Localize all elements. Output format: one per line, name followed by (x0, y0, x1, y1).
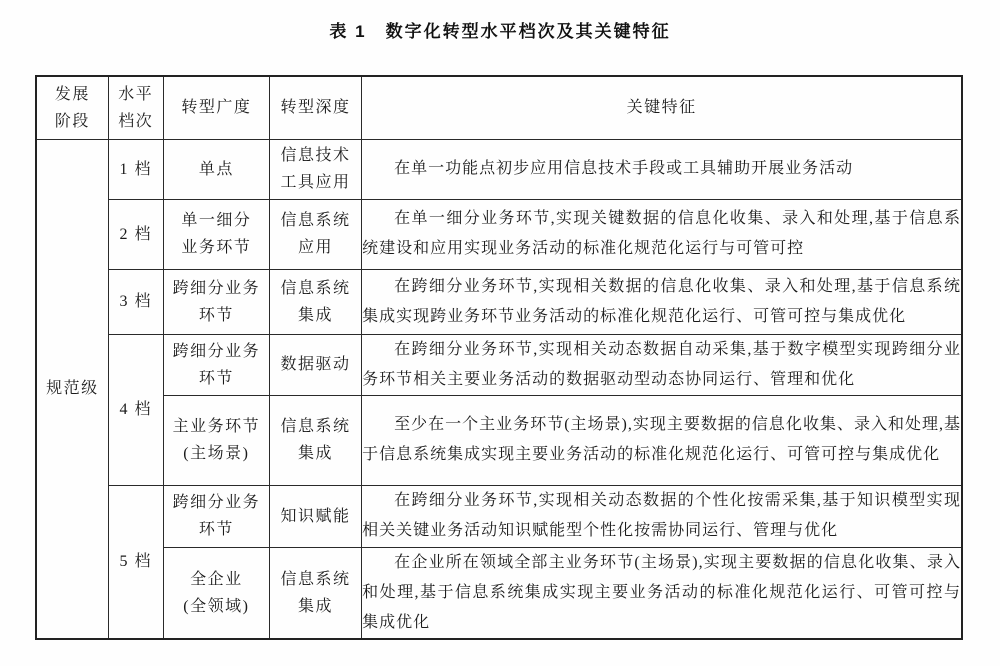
transformation-level-table: 发展 阶段 水平 档次 转型广度 转型深度 关键特征 规范级 1 档 单点 信息… (35, 75, 963, 640)
feature-cell: 在单一细分业务环节,实现关键数据的信息化收集、录入和处理,基于信息系统建设和应用… (362, 199, 962, 269)
depth-cell: 信息系统 集成 (269, 269, 361, 334)
table-row: 3 档 跨细分业务 环节 信息系统 集成 在跨细分业务环节,实现相关数据的信息化… (36, 269, 962, 334)
table-row: 2 档 单一细分 业务环节 信息系统 应用 在单一细分业务环节,实现关键数据的信… (36, 199, 962, 269)
tier-cell: 5 档 (108, 485, 163, 639)
breadth-cell: 单一细分 业务环节 (163, 199, 269, 269)
breadth-cell: 全企业 (全领域) (163, 547, 269, 639)
header-tier: 水平 档次 (108, 76, 163, 139)
table-row: 规范级 1 档 单点 信息技术 工具应用 在单一功能点初步应用信息技术手段或工具… (36, 139, 962, 199)
table-row: 4 档 跨细分业务 环节 数据驱动 在跨细分业务环节,实现相关动态数据自动采集,… (36, 334, 962, 395)
tier-cell: 2 档 (108, 199, 163, 269)
table-title: 表 1 数字化转型水平档次及其关键特征 (0, 17, 1000, 42)
table-row: 5 档 跨细分业务 环节 知识赋能 在跨细分业务环节,实现相关动态数据的个性化按… (36, 485, 962, 547)
feature-cell: 在跨细分业务环节,实现相关数据的信息化收集、录入和处理,基于信息系统集成实现跨业… (362, 269, 962, 334)
depth-cell: 信息系统 集成 (269, 547, 361, 639)
tier-cell: 3 档 (108, 269, 163, 334)
feature-cell: 在企业所在领域全部主业务环节(主场景),实现主要数据的信息化收集、录入和处理,基… (362, 547, 962, 639)
feature-cell: 至少在一个主业务环节(主场景),实现主要数据的信息化收集、录入和处理,基于信息系… (362, 395, 962, 485)
header-feature: 关键特征 (362, 76, 962, 139)
document-page: 表 1 数字化转型水平档次及其关键特征 发展 阶段 水平 档次 转型广度 转型深… (0, 0, 1000, 666)
breadth-cell: 跨细分业务 环节 (163, 269, 269, 334)
feature-cell: 在跨细分业务环节,实现相关动态数据自动采集,基于数字模型实现跨细分业务环节相关主… (362, 334, 962, 395)
depth-cell: 信息系统 应用 (269, 199, 361, 269)
depth-cell: 知识赋能 (269, 485, 361, 547)
table-header-row: 发展 阶段 水平 档次 转型广度 转型深度 关键特征 (36, 76, 962, 139)
depth-cell: 信息技术 工具应用 (269, 139, 361, 199)
breadth-cell: 跨细分业务 环节 (163, 334, 269, 395)
tier-cell: 4 档 (108, 334, 163, 485)
feature-cell: 在跨细分业务环节,实现相关动态数据的个性化按需采集,基于知识模型实现相关关键业务… (362, 485, 962, 547)
breadth-cell: 单点 (163, 139, 269, 199)
header-breadth: 转型广度 (163, 76, 269, 139)
stage-cell: 规范级 (36, 139, 108, 639)
tier-cell: 1 档 (108, 139, 163, 199)
header-depth: 转型深度 (269, 76, 361, 139)
depth-cell: 信息系统 集成 (269, 395, 361, 485)
depth-cell: 数据驱动 (269, 334, 361, 395)
table-row: 全企业 (全领域) 信息系统 集成 在企业所在领域全部主业务环节(主场景),实现… (36, 547, 962, 639)
header-stage: 发展 阶段 (36, 76, 108, 139)
breadth-cell: 主业务环节 (主场景) (163, 395, 269, 485)
feature-cell: 在单一功能点初步应用信息技术手段或工具辅助开展业务活动 (362, 139, 962, 199)
table-row: 主业务环节 (主场景) 信息系统 集成 至少在一个主业务环节(主场景),实现主要… (36, 395, 962, 485)
breadth-cell: 跨细分业务 环节 (163, 485, 269, 547)
